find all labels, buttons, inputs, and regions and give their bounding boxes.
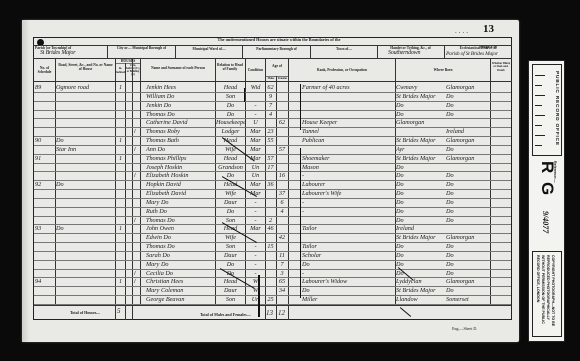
census-row: Thomas DoDo-4DoDo (34, 111, 511, 120)
page-number: 13 (483, 23, 494, 35)
col-road: Road, Street, &c., and No. or Name of Ho… (57, 63, 114, 71)
col-uninhabited: Unin-habited (U.), or Building (B.) (126, 64, 140, 76)
total-males-value: 13 (266, 309, 273, 317)
census-row: /Thomas RobyLodgerMar23TunnelIreland (34, 128, 511, 137)
public-record-office-stamp: PUBLIC RECORD OFFICE R G Reference:— 9/4… (528, 60, 565, 342)
census-row: 941/Christian HeesHeadW65Labourer's Wido… (34, 278, 511, 287)
census-row: Sarah DoDaur-11ScholarDoDo (34, 252, 511, 261)
page-dots: .... (455, 27, 470, 35)
col-condition: Condition (246, 68, 265, 72)
census-row: 93Do1John OwenHeadMar46TailorIreland (34, 225, 511, 234)
census-row: 90Do1Thomas BathHeadMar55PublicanSt Brid… (34, 137, 511, 146)
census-row: Star Inn/Ann DoWifeMar57AyrDo (34, 146, 511, 155)
census-row: /Thomas DoSon-2DoDo (34, 217, 511, 226)
col-where-born: Where Born (398, 68, 488, 72)
piece-number: 9/4077 (541, 211, 550, 233)
municipal-borough-label: City or— Municipal Borough of (110, 46, 173, 50)
ruler-scale: PUBLIC RECORD OFFICE (532, 64, 562, 156)
col-occupation: Rank, Profession, or Occupation (292, 68, 392, 72)
reference-label: Reference:— (553, 161, 557, 183)
copyright-notice: COPYRIGHT PHOTOGRAPH—NOT TO BE REPRODUCE… (532, 251, 562, 337)
census-row: Mary DoDo-7DoDoDo (34, 261, 511, 270)
office-name: PUBLIC RECORD OFFICE (554, 71, 559, 146)
town-label: Town of— (313, 47, 375, 51)
census-row: Catherine DavidHousekeeperU62House Keepe… (34, 119, 511, 128)
col-blind: Whether Blind, or Deaf-and-Dumb (491, 62, 511, 72)
sheet-footer: Eng.—Sheet D. (452, 326, 477, 331)
col-age: Age of (266, 64, 288, 68)
census-row: Jenkin DoDo-7DoDo (34, 102, 511, 111)
col-inhabited: In-habited (116, 67, 125, 75)
census-row: Thomas DoSon-15TailorDoDo (34, 243, 511, 252)
col-name: Name and Surname of each Person (143, 66, 213, 70)
census-row: Mary ColemanDaurW34DoSt Brides MajorDo (34, 287, 511, 296)
boundaries-banner: The undermentioned Houses are situate wi… (50, 37, 508, 45)
total-houses-value: 5 (117, 307, 121, 315)
parliamentary-borough-label: Parliamentary Borough of (245, 47, 308, 51)
census-row: William DoSon9St Brides MajorDo (34, 93, 511, 102)
col-schedule: No. of Schedule (35, 66, 54, 74)
census-row: Joseph HoskinGrandsonUn17MasonDo (34, 164, 511, 173)
census-row: Elizabeth DavidWifeMar37Labourer's WifeD… (34, 190, 511, 199)
col-age-females: Females (277, 77, 288, 81)
col-age-males: Males (266, 77, 276, 81)
total-females-value: 12 (278, 309, 285, 317)
total-houses-label: Total of Houses.... (70, 310, 100, 315)
census-row: 92DoHopkin DavidHeadMar36LabourerDoDo (34, 181, 511, 190)
census-row: 89Ogmore road1Jenkin HeesHeadWid62Farmer… (34, 84, 511, 93)
municipal-ward-label: Municipal Ward of— (178, 47, 240, 51)
total-persons-label: Total of Males and Females.... (200, 312, 251, 317)
census-row: Mary DoDaur-6-DoDo (34, 199, 511, 208)
census-row: Ruth DoDo-4-DoDo (34, 208, 511, 217)
hamlet-value: Southerndown (388, 48, 443, 59)
parish-value: St Brides Major (40, 48, 106, 59)
census-row: George BeavanSonUn25MillerLlandowSomerse… (34, 296, 511, 305)
col-relation: Relation to Head of Family (216, 63, 244, 71)
census-row: Edwin DoWife42St Brides MajorGlamorgan (34, 234, 511, 243)
census-row: /Elizabeth HoskinDoUn16-DoDo (34, 172, 511, 181)
census-row: 911Thomas PhillipsHeadMar57ShoemakerSt B… (34, 155, 511, 164)
ecclesiastical-district-value: Parish of St Brides Major (446, 49, 511, 60)
census-row: /Cecilia DoDo-3-DoDo (34, 270, 511, 279)
